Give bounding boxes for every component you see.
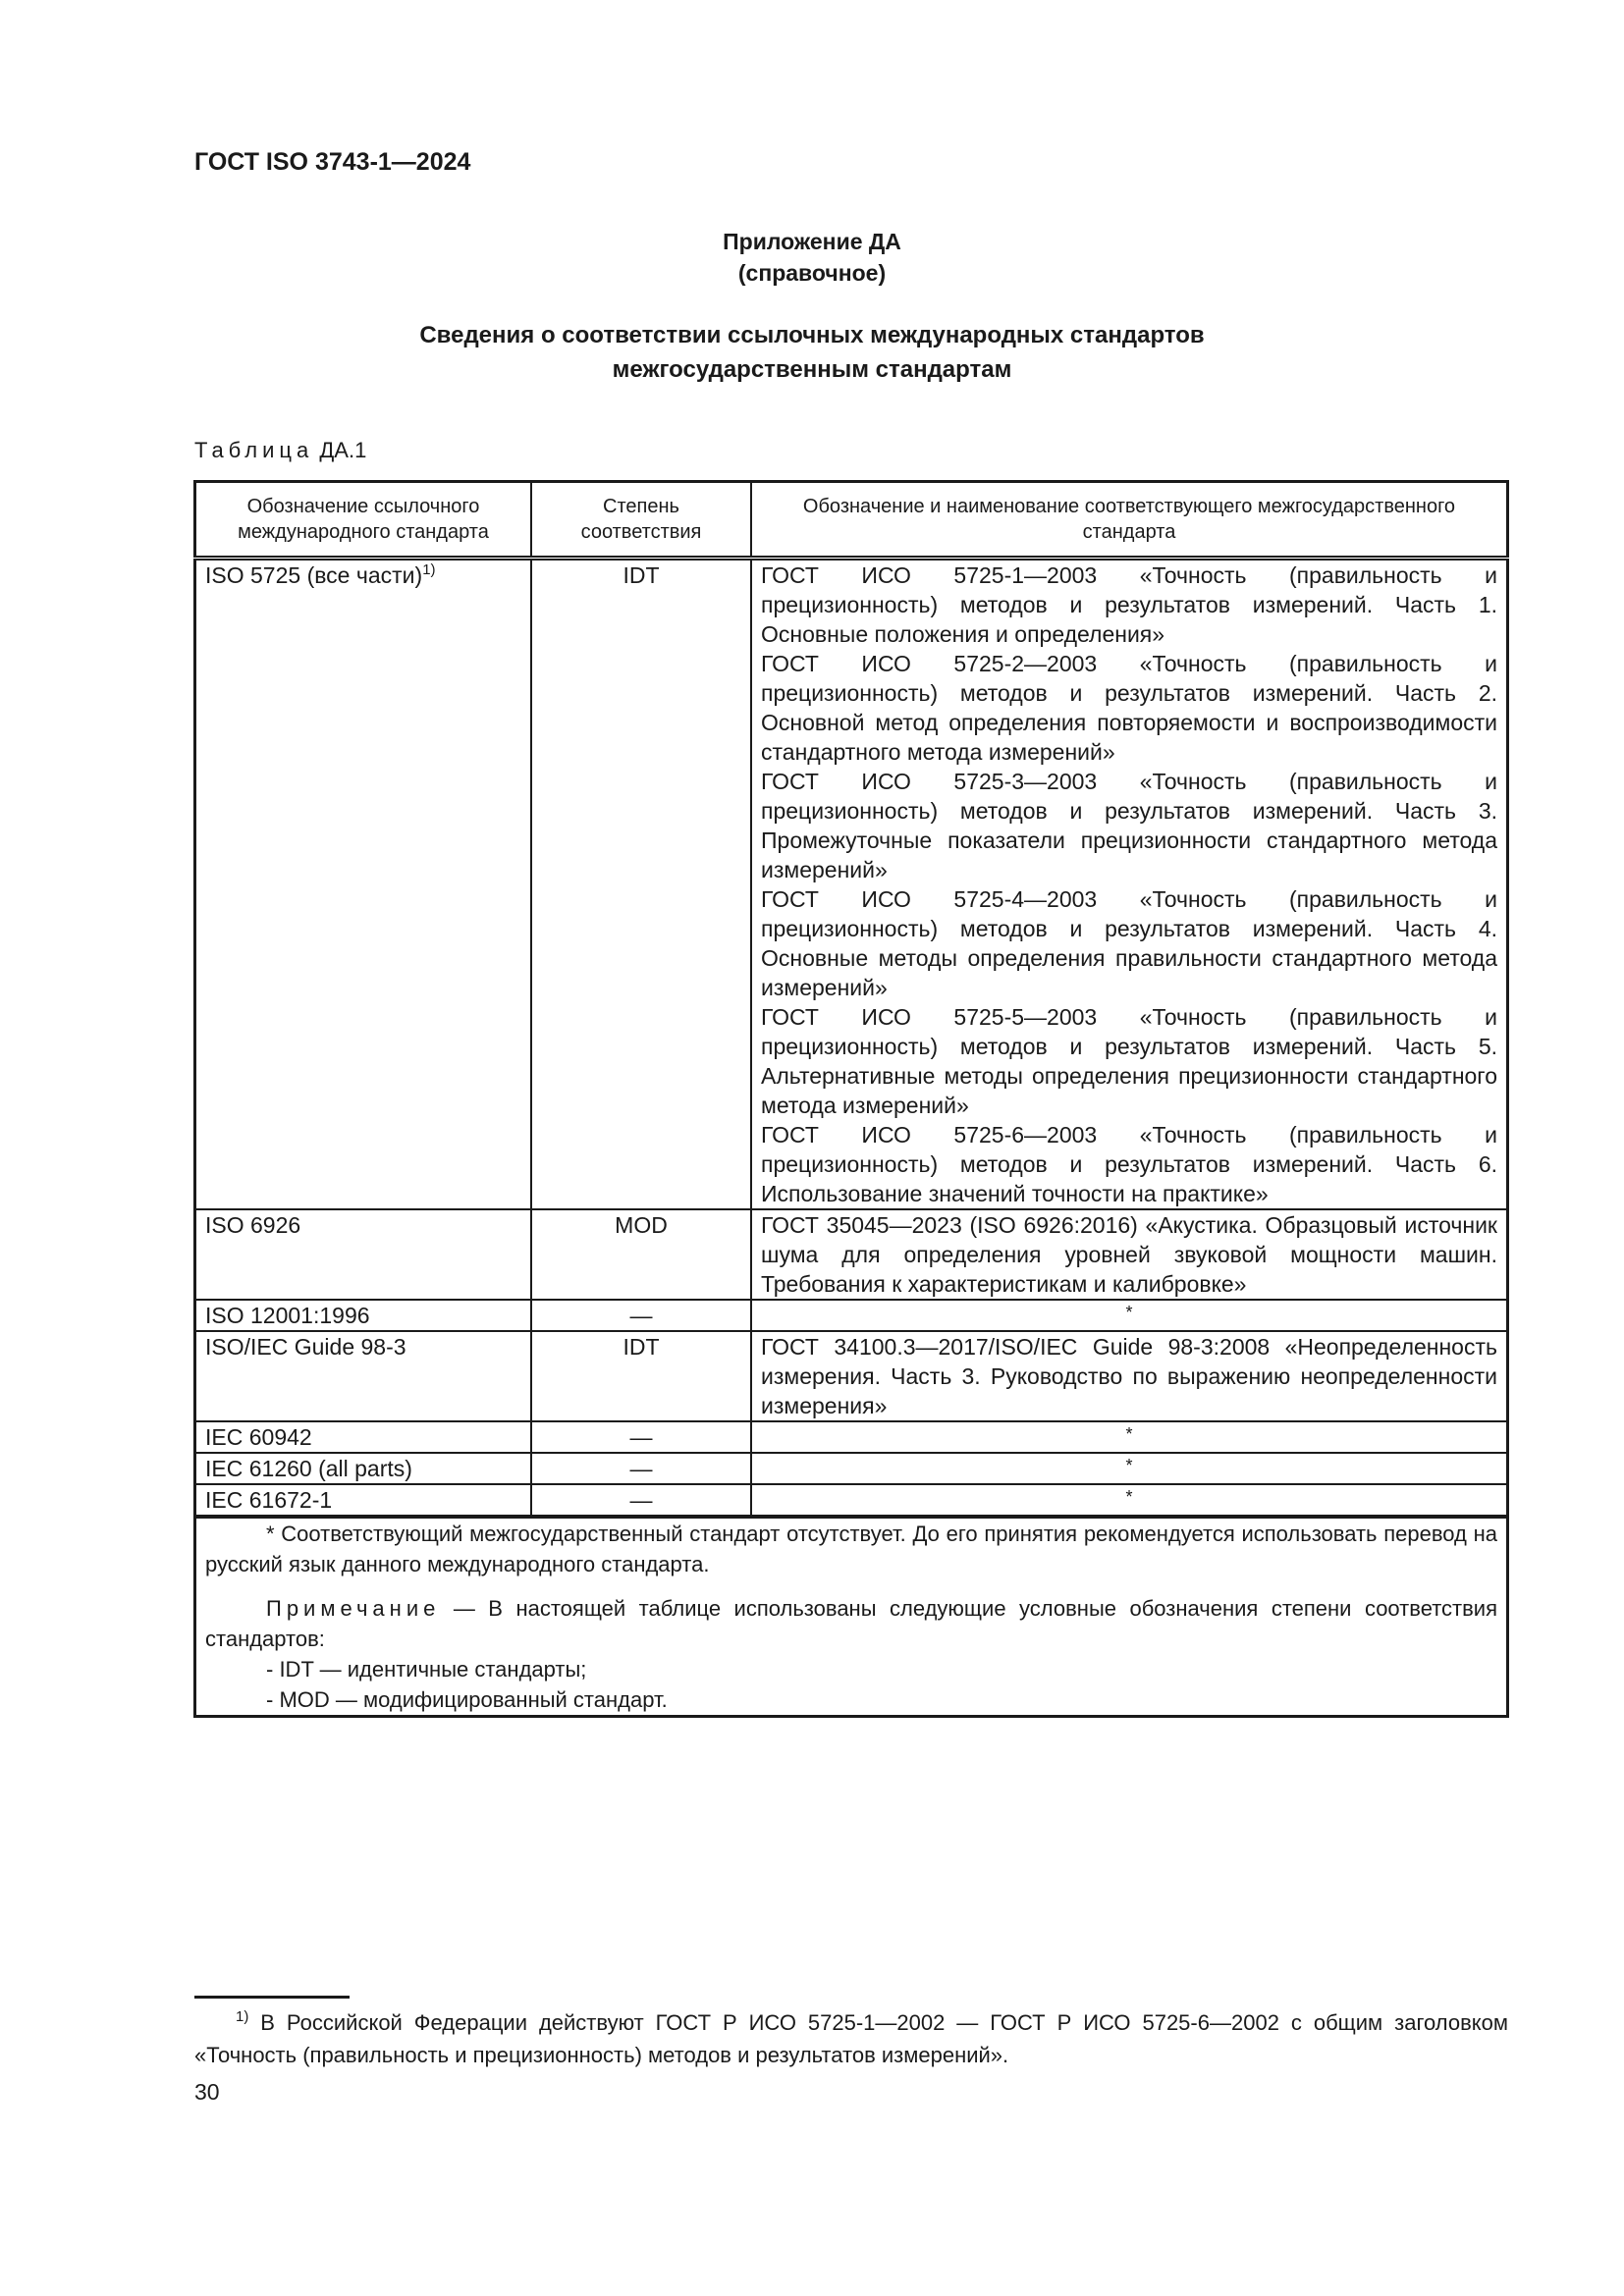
table-row: ISO 12001:1996—* <box>195 1300 1508 1331</box>
interstate-standard-cell: ГОСТ ИСО 5725-1—2003 «Точность (правильн… <box>751 559 1508 1210</box>
table-row: IEC 61260 (all parts)—* <box>195 1453 1508 1484</box>
table-caption: Таблица ДА.1 <box>194 438 366 463</box>
interstate-standard-cell: * <box>751 1453 1508 1484</box>
column-header-reference: Обозначение ссылочного международного ст… <box>195 482 532 559</box>
interstate-standard-cell: * <box>751 1484 1508 1517</box>
interstate-standard: ГОСТ ИСО 5725-3—2003 «Точность (правильн… <box>761 767 1497 884</box>
footnote-marker: 1) <box>236 2008 248 2025</box>
reference-standard-cell: IEC 61672-1 <box>195 1484 532 1517</box>
degree-of-correspondence: MOD <box>531 1209 751 1300</box>
legend-mod: - MOD — модифицированный стандарт. <box>205 1684 1497 1715</box>
table-row: ISO 6926MODГОСТ 35045—2023 (ISO 6926:201… <box>195 1209 1508 1300</box>
legend-idt: - IDT — идентичные стандарты; <box>205 1654 1497 1684</box>
table-notes-row: * Соответствующий межгосударственный ста… <box>195 1517 1508 1717</box>
degree-of-correspondence: — <box>531 1453 751 1484</box>
reference-standard: ISO 6926 <box>205 1212 300 1238</box>
degree-of-correspondence: — <box>531 1484 751 1517</box>
no-standard-marker: * <box>761 1454 1497 1477</box>
interstate-standard-cell: ГОСТ 34100.3—2017/ISO/IEC Guide 98-3:200… <box>751 1331 1508 1421</box>
reference-standard-cell: ISO 12001:1996 <box>195 1300 532 1331</box>
reference-standard: ISO 5725 (все части) <box>205 562 422 588</box>
section-title-line2: межгосударственным стандартам <box>0 352 1624 387</box>
table-row: IEC 60942—* <box>195 1421 1508 1453</box>
table-row: ISO/IEC Guide 98-3IDTГОСТ 34100.3—2017/I… <box>195 1331 1508 1421</box>
reference-standard: IEC 61260 (all parts) <box>205 1456 412 1481</box>
interstate-standard: ГОСТ ИСО 5725-4—2003 «Точность (правильн… <box>761 884 1497 1002</box>
reference-standard-cell: ISO 5725 (все части)1) <box>195 559 532 1210</box>
reference-standard: ISO 12001:1996 <box>205 1303 370 1328</box>
appendix-heading: Приложение ДА (справочное) <box>0 226 1624 289</box>
interstate-standard: ГОСТ ИСО 5725-2—2003 «Точность (правильн… <box>761 649 1497 767</box>
interstate-standard-cell: ГОСТ 35045—2023 (ISO 6926:2016) «Акустик… <box>751 1209 1508 1300</box>
interstate-standard-cell: * <box>751 1421 1508 1453</box>
reference-standard: ISO/IEC Guide 98-3 <box>205 1334 406 1360</box>
column-header-interstate: Обозначение и наименование соответствующ… <box>751 482 1508 559</box>
document-code: ГОСТ ISO 3743-1—2024 <box>194 148 470 177</box>
section-title-line1: Сведения о соответствии ссылочных междун… <box>0 318 1624 352</box>
page-number: 30 <box>194 2079 220 2106</box>
column-header-degree: Степень соответствия <box>531 482 751 559</box>
footnote: 1) В Российской Федерации действуют ГОСТ… <box>194 2006 1508 2071</box>
section-title: Сведения о соответствии ссылочных междун… <box>0 318 1624 387</box>
star-note: * Соответствующий межгосударственный ста… <box>205 1519 1497 1579</box>
table-row: ISO 5725 (все части)1)IDTГОСТ ИСО 5725-1… <box>195 559 1508 1210</box>
no-standard-marker: * <box>761 1422 1497 1446</box>
interstate-standard: ГОСТ ИСО 5725-6—2003 «Точность (правильн… <box>761 1120 1497 1208</box>
footnote-separator <box>194 1996 350 1999</box>
footnote-reference: 1) <box>422 561 435 578</box>
degree-of-correspondence: IDT <box>531 559 751 1210</box>
correspondence-table: Обозначение ссылочного международного ст… <box>193 480 1509 1718</box>
interstate-standard: ГОСТ ИСО 5725-5—2003 «Точность (правильн… <box>761 1002 1497 1120</box>
degree-of-correspondence: — <box>531 1300 751 1331</box>
footnote-text: В Российской Федерации действуют ГОСТ Р … <box>194 2010 1508 2067</box>
no-standard-marker: * <box>761 1485 1497 1509</box>
table-caption-word: Таблица <box>194 438 313 462</box>
interstate-standard-cell: * <box>751 1300 1508 1331</box>
table-notes: * Соответствующий межгосударственный ста… <box>195 1517 1508 1717</box>
degree-of-correspondence: — <box>531 1421 751 1453</box>
no-standard-marker: * <box>761 1301 1497 1324</box>
table-caption-id: ДА.1 <box>319 438 366 462</box>
interstate-standard: ГОСТ ИСО 5725-1—2003 «Точность (правильн… <box>761 561 1497 649</box>
degree-of-correspondence: IDT <box>531 1331 751 1421</box>
appendix-label: Приложение ДА <box>0 226 1624 257</box>
reference-standard: IEC 60942 <box>205 1424 312 1450</box>
reference-standard-cell: ISO/IEC Guide 98-3 <box>195 1331 532 1421</box>
reference-standard-cell: ISO 6926 <box>195 1209 532 1300</box>
table-body: ISO 5725 (все части)1)IDTГОСТ ИСО 5725-1… <box>195 559 1508 1518</box>
table-row: IEC 61672-1—* <box>195 1484 1508 1517</box>
reference-standard-cell: IEC 61260 (all parts) <box>195 1453 532 1484</box>
reference-standard-cell: IEC 60942 <box>195 1421 532 1453</box>
interstate-standard: ГОСТ 35045—2023 (ISO 6926:2016) «Акустик… <box>761 1210 1497 1299</box>
note-label: Примечание <box>266 1596 440 1621</box>
appendix-kind: (справочное) <box>0 257 1624 289</box>
reference-standard: IEC 61672-1 <box>205 1487 332 1513</box>
note: Примечание — В настоящей таблице использ… <box>205 1593 1497 1654</box>
table-header-row: Обозначение ссылочного международного ст… <box>195 482 1508 559</box>
interstate-standard: ГОСТ 34100.3—2017/ISO/IEC Guide 98-3:200… <box>761 1332 1497 1420</box>
